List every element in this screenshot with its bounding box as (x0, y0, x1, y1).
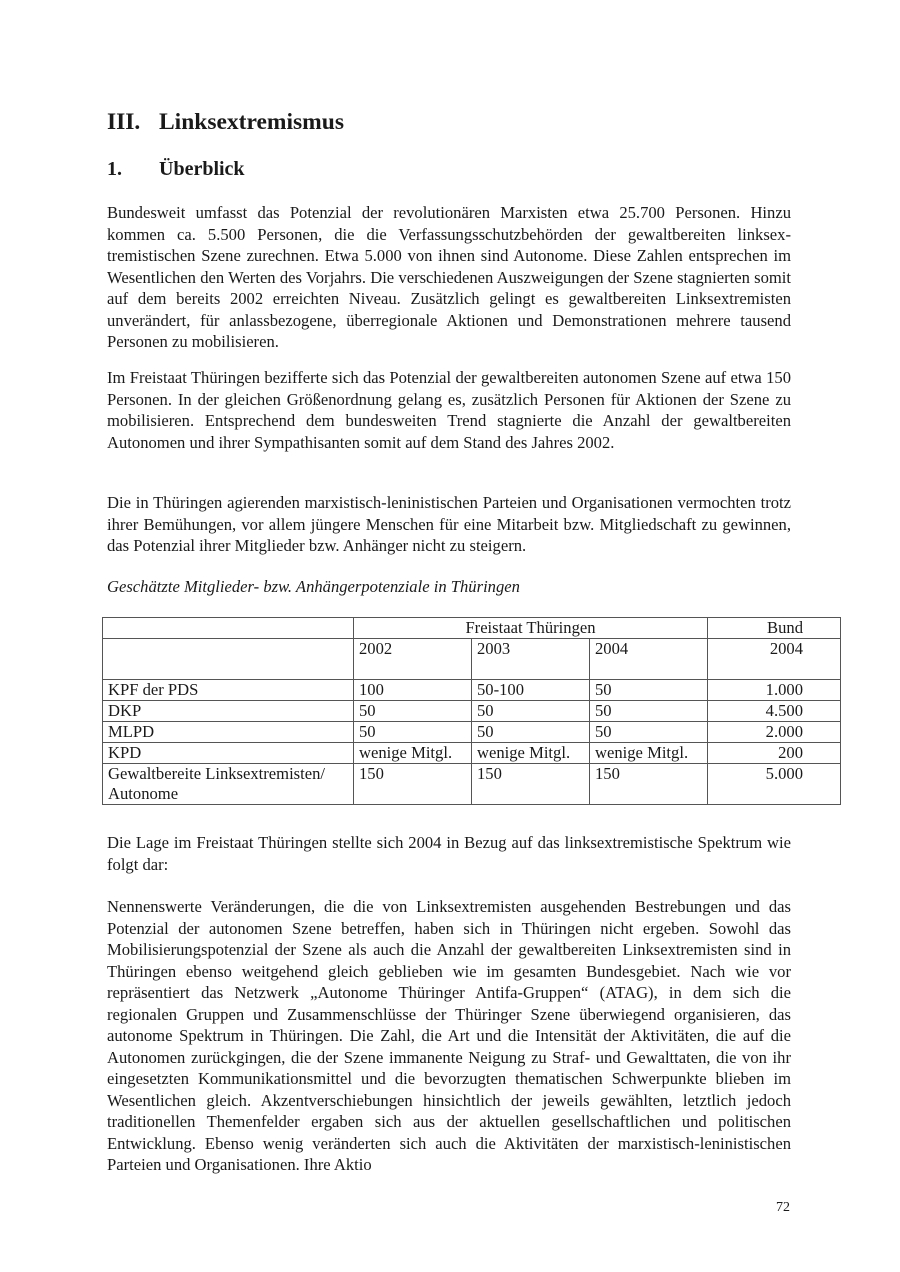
cell-value: 100 (354, 680, 472, 701)
cell-value: 50 (472, 722, 590, 743)
row-label: MLPD (103, 722, 354, 743)
cell-value: 5.000 (708, 764, 841, 805)
paragraph-situation-intro: Die Lage im Freistaat Thüringen stellte … (107, 832, 791, 875)
chapter-title: Linksextremismus (159, 109, 344, 135)
paragraph-marxist-parties: Die in Thüringen agierenden marxistisch-… (107, 492, 791, 557)
table-row: Gewaltbereite Linksextremisten/ Autonome… (103, 764, 841, 805)
row-label: KPD (103, 743, 354, 764)
cell-value: 50 (590, 701, 708, 722)
cell-value: 50 (590, 722, 708, 743)
row-label: DKP (103, 701, 354, 722)
header-year: 2003 (472, 639, 590, 680)
table-year-row: 2002 2003 2004 2004 (103, 639, 841, 680)
cell-value: wenige Mitgl. (472, 743, 590, 764)
table-row: KPF der PDS 100 50-100 50 1.000 (103, 680, 841, 701)
header-bund: Bund (708, 618, 841, 639)
chapter-number: III. (107, 106, 159, 138)
section-title: Überblick (159, 158, 245, 180)
cell-value: 150 (590, 764, 708, 805)
cell-value: 2.000 (708, 722, 841, 743)
table-row: MLPD 50 50 50 2.000 (103, 722, 841, 743)
table-row: KPD wenige Mitgl. wenige Mitgl. wenige M… (103, 743, 841, 764)
page-number: 72 (776, 1199, 790, 1217)
table-caption: Geschätzte Mitglieder- bzw. Anhängerpote… (107, 576, 520, 598)
header-year: 2002 (354, 639, 472, 680)
header-freistaat-thueringen: Freistaat Thüringen (354, 618, 708, 639)
table-empty-cell (103, 639, 354, 680)
cell-value: 50 (354, 701, 472, 722)
row-label: KPF der PDS (103, 680, 354, 701)
cell-value: wenige Mitgl. (590, 743, 708, 764)
header-year: 2004 (590, 639, 708, 680)
cell-value: 50 (354, 722, 472, 743)
cell-value: 1.000 (708, 680, 841, 701)
chapter-heading: III.Linksextremismus (107, 106, 344, 138)
paragraph-federal-overview: Bundesweit umfasst das Potenzial der rev… (107, 202, 791, 353)
cell-value: 50 (472, 701, 590, 722)
header-year: 2004 (708, 639, 841, 680)
membership-table: Freistaat Thüringen Bund 2002 2003 2004 … (102, 617, 841, 805)
cell-value: 150 (354, 764, 472, 805)
section-number: 1. (107, 155, 159, 183)
paragraph-developments: Nennenswerte Veränderungen, die die von … (107, 896, 791, 1176)
cell-value: 150 (472, 764, 590, 805)
table-corner-cell (103, 618, 354, 639)
cell-value: 4.500 (708, 701, 841, 722)
cell-value: 50 (590, 680, 708, 701)
paragraph-thuringia-autonomous: Im Freistaat Thüringen bezifferte sich d… (107, 367, 791, 453)
section-heading: 1.Überblick (107, 155, 245, 183)
cell-value: 50-100 (472, 680, 590, 701)
cell-value: wenige Mitgl. (354, 743, 472, 764)
row-label: Gewaltbereite Linksextremisten/ Autonome (103, 764, 354, 805)
cell-value: 200 (708, 743, 841, 764)
table-group-header-row: Freistaat Thüringen Bund (103, 618, 841, 639)
table-row: DKP 50 50 50 4.500 (103, 701, 841, 722)
